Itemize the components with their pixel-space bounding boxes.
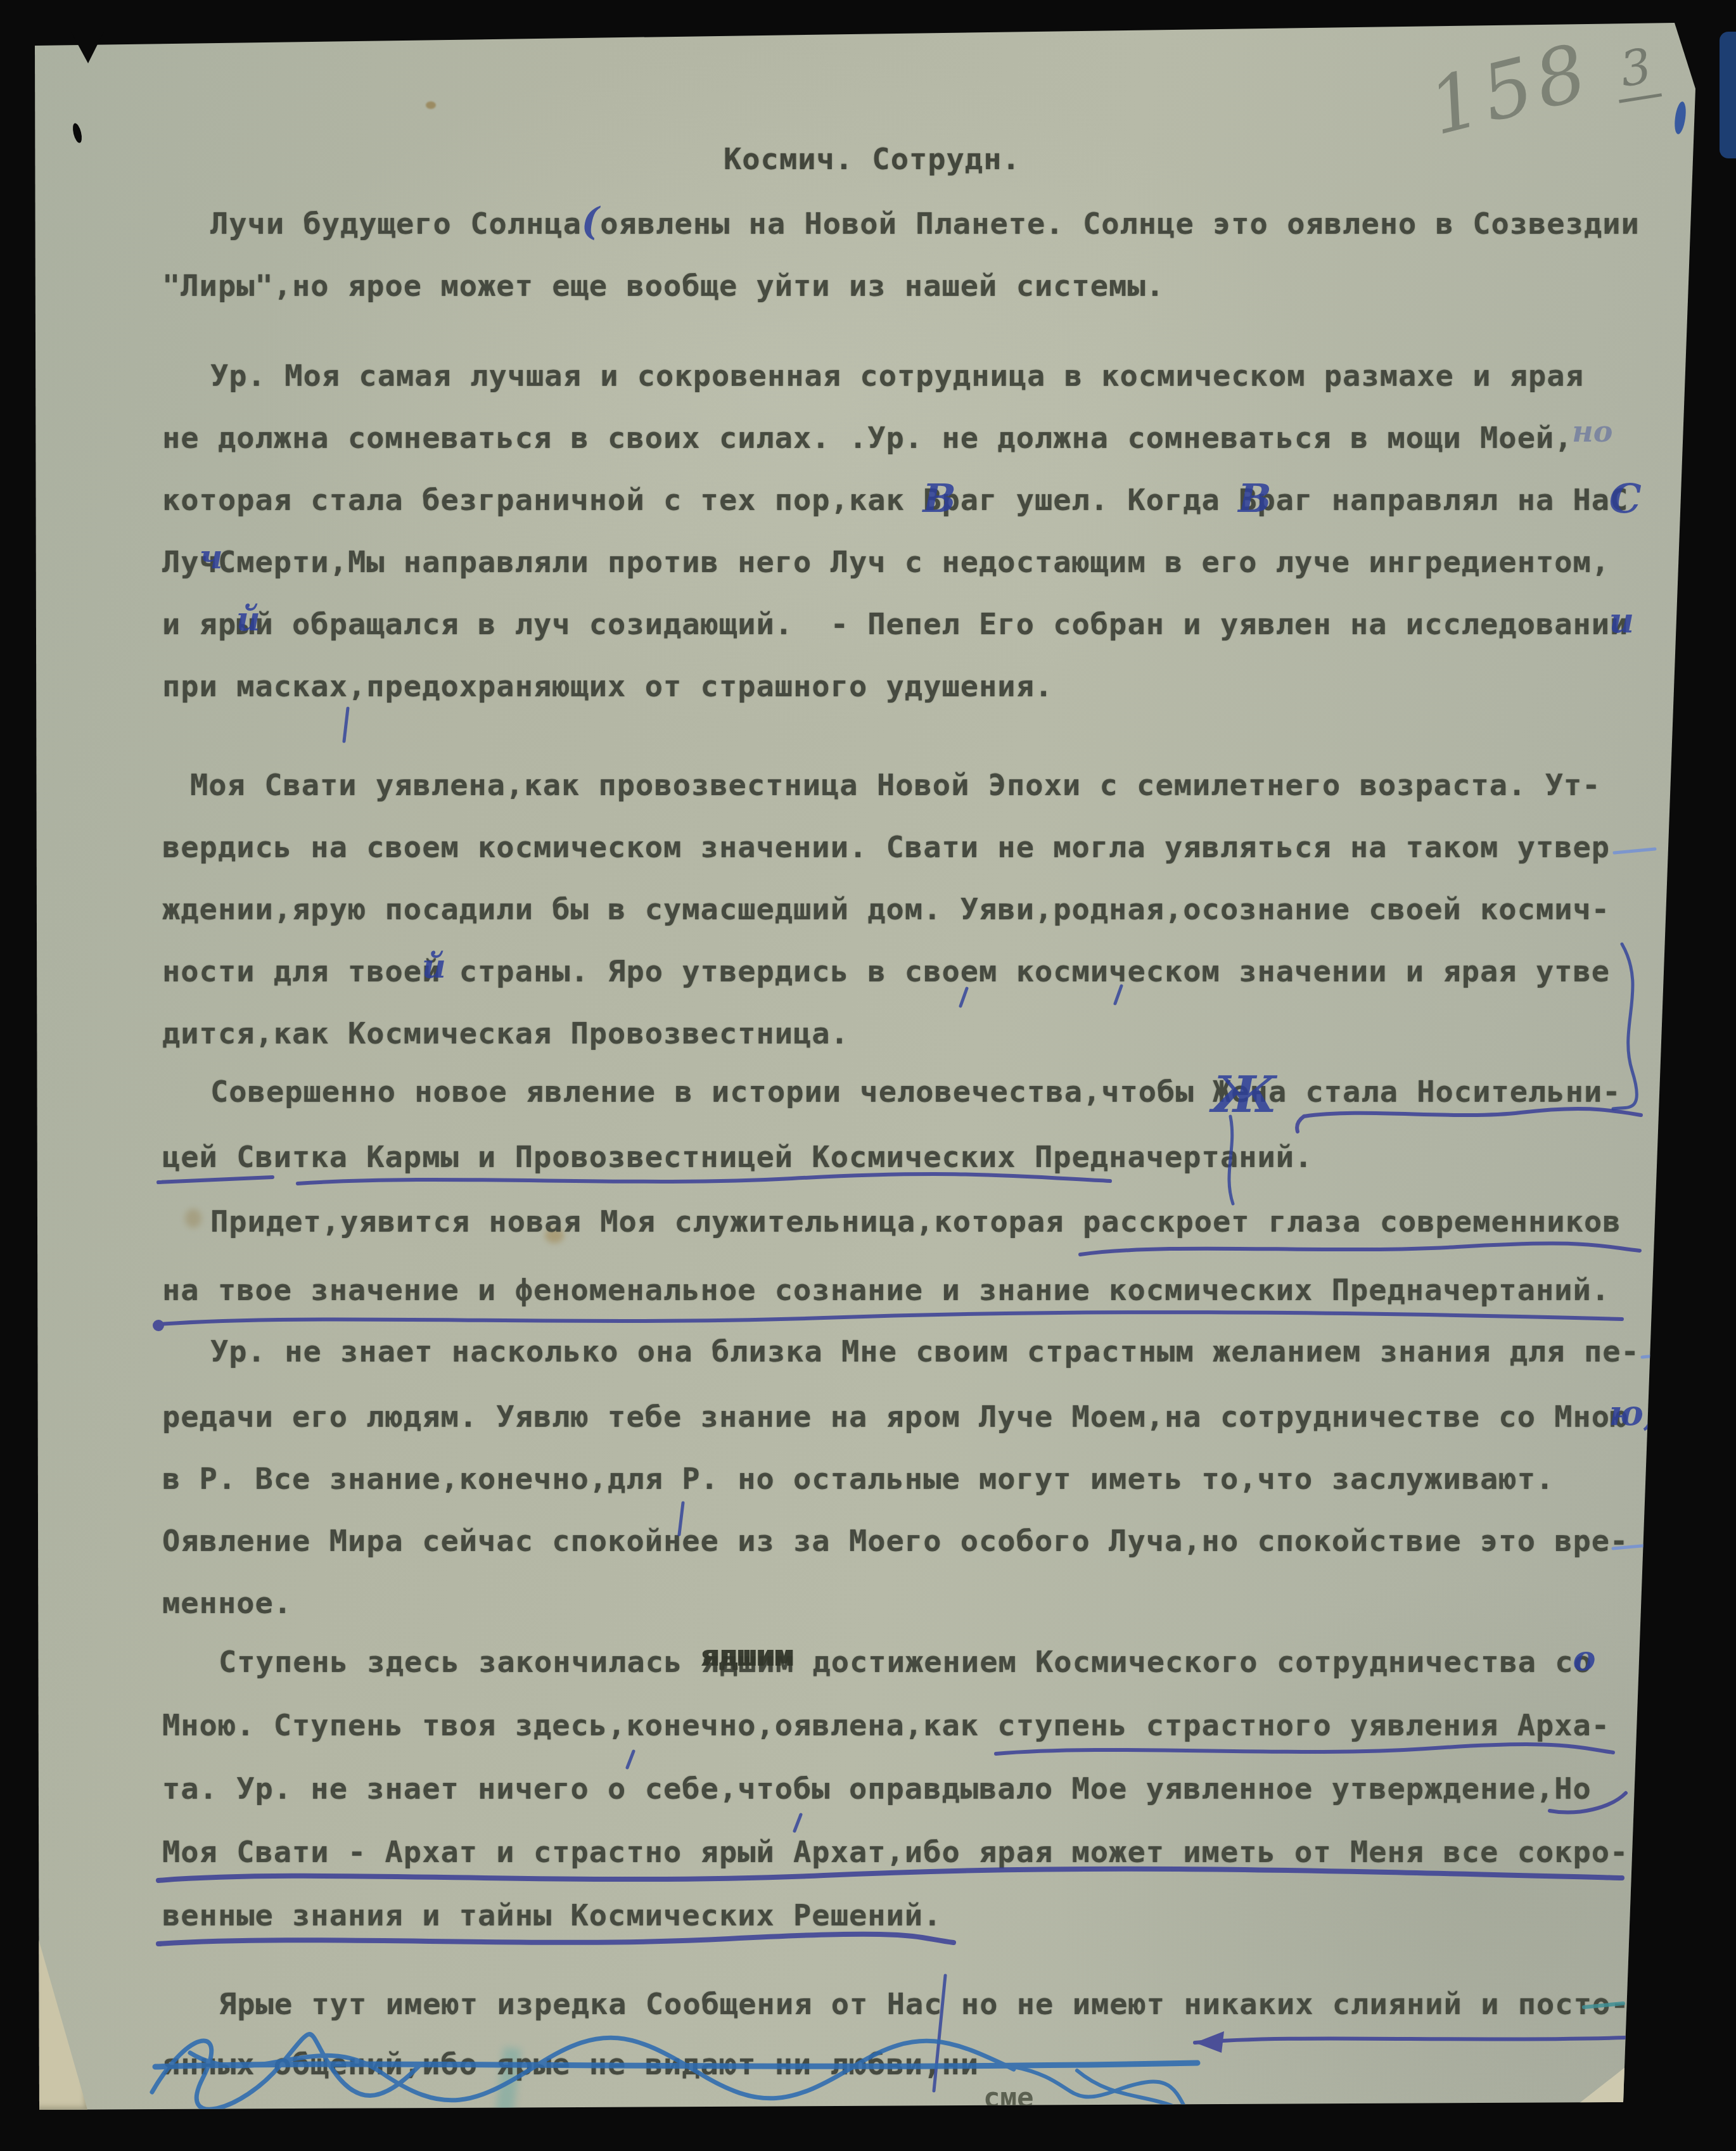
ink-correction: В — [1238, 479, 1271, 518]
stain — [426, 101, 436, 109]
typed-line: Лучи будущего Солнца оявлены на Новой Пл… — [210, 209, 1640, 239]
stain — [185, 1209, 201, 1228]
typed-line: Мною. Ступень твоя здесь,конечно,оявлена… — [162, 1711, 1610, 1740]
ink-correction: Ж — [1212, 1071, 1277, 1120]
typed-line: на твое значение и феноменальное сознани… — [162, 1275, 1610, 1305]
typed-line: "Лиры",но ярое может еще вообще уйти из … — [162, 271, 1165, 301]
ink-blot — [1673, 101, 1687, 135]
typed-line: ности для твоей страны. Яро утвердись в … — [162, 957, 1610, 986]
ink-correction: й — [422, 950, 446, 983]
typed-line: Моя Свати уявлена,как провозвестница Нов… — [190, 770, 1601, 800]
folio-number-pencil: 158 — [1420, 26, 1600, 153]
typed-line: венные знания и тайны Космических Решени… — [162, 1901, 941, 1931]
typed-line: Ступень здесь закончилась ядшим достижен… — [219, 1647, 1592, 1677]
typed-fragment: пе — [1044, 2098, 1078, 2131]
typed-line: ждении,ярую посадили бы в сумасшедший до… — [162, 895, 1610, 924]
document-page: Космич. Сотрудн. Лучи будущего Солнца оя… — [0, 0, 1736, 2151]
ink-correction: и — [1609, 603, 1634, 637]
typed-line: Придет,уявится новая Моя служительница,к… — [210, 1207, 1621, 1237]
typed-line: дится,как Космическая Провозвестница. — [162, 1019, 849, 1049]
typed-line: Оявление Мира сейчас спокойнее из за Мое… — [162, 1526, 1628, 1556]
typed-line: которая стала безграничной с тех пор,как… — [162, 485, 1628, 515]
dogear-corner — [1579, 2067, 1626, 2103]
typed-line: вердись на своем космическом значении. С… — [162, 833, 1610, 862]
typed-line: в Р. Все знание,конечно,для Р. но осталь… — [162, 1464, 1554, 1494]
ink-correction: ядшим — [701, 1641, 793, 1671]
ink-correction: но — [1572, 417, 1612, 446]
typed-line: при масках,предохраняющих от страшного у… — [162, 672, 1053, 701]
ink-correction: й — [236, 603, 260, 636]
typed-line: Ярые тут имеют изредка Сообщения от Нас … — [219, 1989, 1630, 2019]
blue-corner-wedge — [1720, 32, 1736, 158]
typed-line: редачи его людям. Уявлю тебе знание на я… — [162, 1402, 1628, 1432]
typed-line: Ур. Моя самая лучшая и сокровенная сотру… — [210, 361, 1584, 391]
ink-correction: В — [922, 479, 955, 518]
page-number-pencil: 3 — [1610, 36, 1663, 103]
typed-fragment: сме — [983, 2082, 1033, 2114]
ink-correction: С — [1609, 479, 1642, 520]
document-title: Космич. Сотрудн. — [724, 144, 1021, 174]
typed-line: ЛучСмерти,Мы направляли против него Луч … — [162, 547, 1610, 577]
typed-line: Ур. не знает насколько она близка Мне св… — [210, 1337, 1640, 1367]
photo-background: Космич. Сотрудн. Лучи будущего Солнца оя… — [0, 0, 1736, 2151]
typed-line: та. Ур. не знает ничего о себе,чтобы опр… — [162, 1774, 1592, 1804]
ink-correction: ю, — [1609, 1396, 1656, 1430]
typed-line: и ярый обращался в луч созидающий. - Пеп… — [162, 610, 1628, 639]
ink-correction: ( — [582, 203, 599, 241]
typed-line: Моя Свати - Архат и страстно ярый Архат,… — [162, 1837, 1628, 1867]
ink-correction: ч — [200, 541, 223, 574]
typed-line-struck: янных общений,ибо ярые не видают ни любв… — [162, 2050, 979, 2079]
margin-dashes — [1613, 849, 1680, 1548]
ink-correction: о — [1573, 1641, 1595, 1675]
folded-corner — [38, 1937, 87, 2110]
typed-line: цей Свитка Кармы и Провозвестницей Косми… — [162, 1142, 1313, 1172]
typed-line: менное. — [162, 1588, 292, 1618]
typed-line: Совершенно новое явление в истории челов… — [210, 1077, 1621, 1107]
typed-line: не должна сомневаться в своих силах. .Ур… — [162, 423, 1573, 453]
